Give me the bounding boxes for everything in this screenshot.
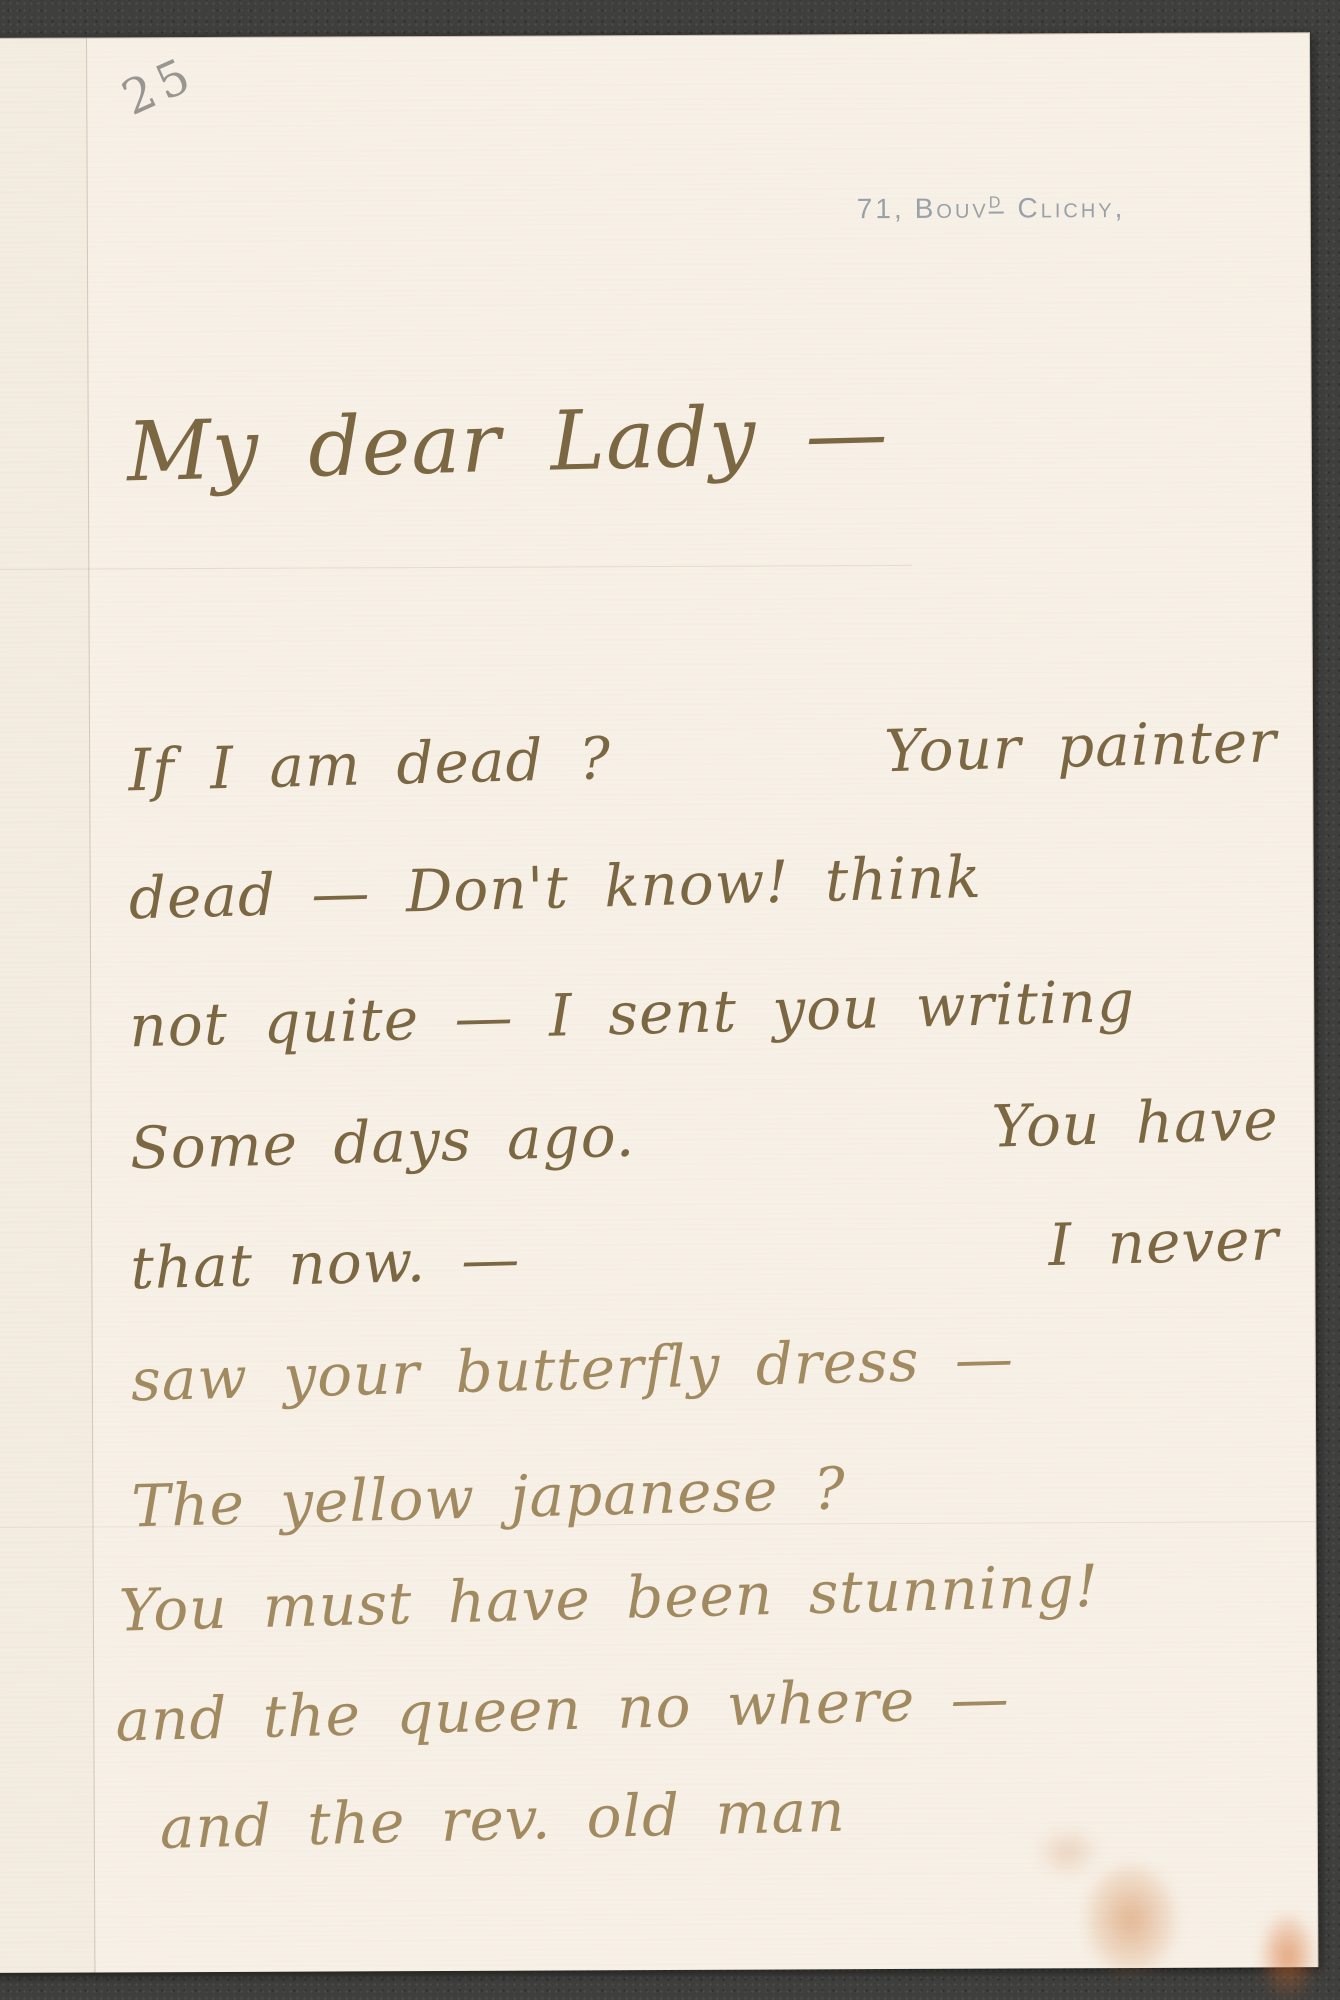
- handwriting-text: You must have been stunning!: [118, 1556, 1100, 1642]
- printed-letterhead: 71,BouvDClichy,: [857, 192, 1126, 225]
- foxing-stain: [1260, 1913, 1315, 1998]
- handwriting-text: dead — Don't know! think: [128, 847, 982, 929]
- letterhead-place: Clichy,: [1017, 192, 1125, 223]
- handwriting-line: You must have been stunning!: [118, 1551, 1281, 1641]
- handwriting-line: and the rev. old man: [159, 1770, 1282, 1859]
- handwriting-text: I never: [1048, 1209, 1280, 1276]
- handwriting-text: that now. —: [130, 1229, 521, 1300]
- handwriting-text: You have: [991, 1089, 1279, 1157]
- letterhead-number: 71,: [857, 193, 905, 224]
- fold-crease-vertical: [0, 39, 95, 1973]
- letterhead-street: Bouv: [915, 193, 989, 224]
- handwriting-text: saw your butterfly dress —: [130, 1328, 1014, 1411]
- handwriting-line: dead — Don't know! think: [128, 839, 1278, 929]
- letterhead-street-superscript: D: [989, 193, 1004, 213]
- handwriting-text: Your painter: [884, 711, 1278, 782]
- fold-crease-horizontal: [0, 565, 913, 570]
- handwriting-text: If I am dead ?: [128, 728, 612, 801]
- salutation: My dear Lady —: [126, 381, 1277, 496]
- letter-page: 25 71,BouvDClichy, My dear Lady — If I a…: [0, 32, 1318, 1973]
- handwriting-line: If I am dead ? Your painter: [128, 711, 1278, 801]
- handwriting-line: Some days ago. You have: [129, 1089, 1279, 1179]
- handwriting-line: that now. — I never: [130, 1209, 1280, 1299]
- handwriting-line: saw your butterfly dress —: [130, 1321, 1280, 1411]
- foxing-stain: [1083, 1862, 1179, 1977]
- handwriting-text: The yellow japanese ?: [131, 1458, 847, 1537]
- pencil-page-number: 25: [114, 46, 204, 127]
- handwriting-line: not quite — I sent you writing: [129, 967, 1279, 1057]
- handwriting-text: and the queen no where —: [115, 1668, 1011, 1752]
- handwriting-text: not quite — I sent you writing: [129, 971, 1136, 1057]
- handwriting-text: Some days ago.: [129, 1106, 636, 1180]
- handwriting-line: and the queen no where —: [115, 1661, 1282, 1751]
- handwriting-line: The yellow japanese ?: [131, 1447, 1281, 1537]
- handwriting-text: and the rev. old man: [159, 1781, 846, 1859]
